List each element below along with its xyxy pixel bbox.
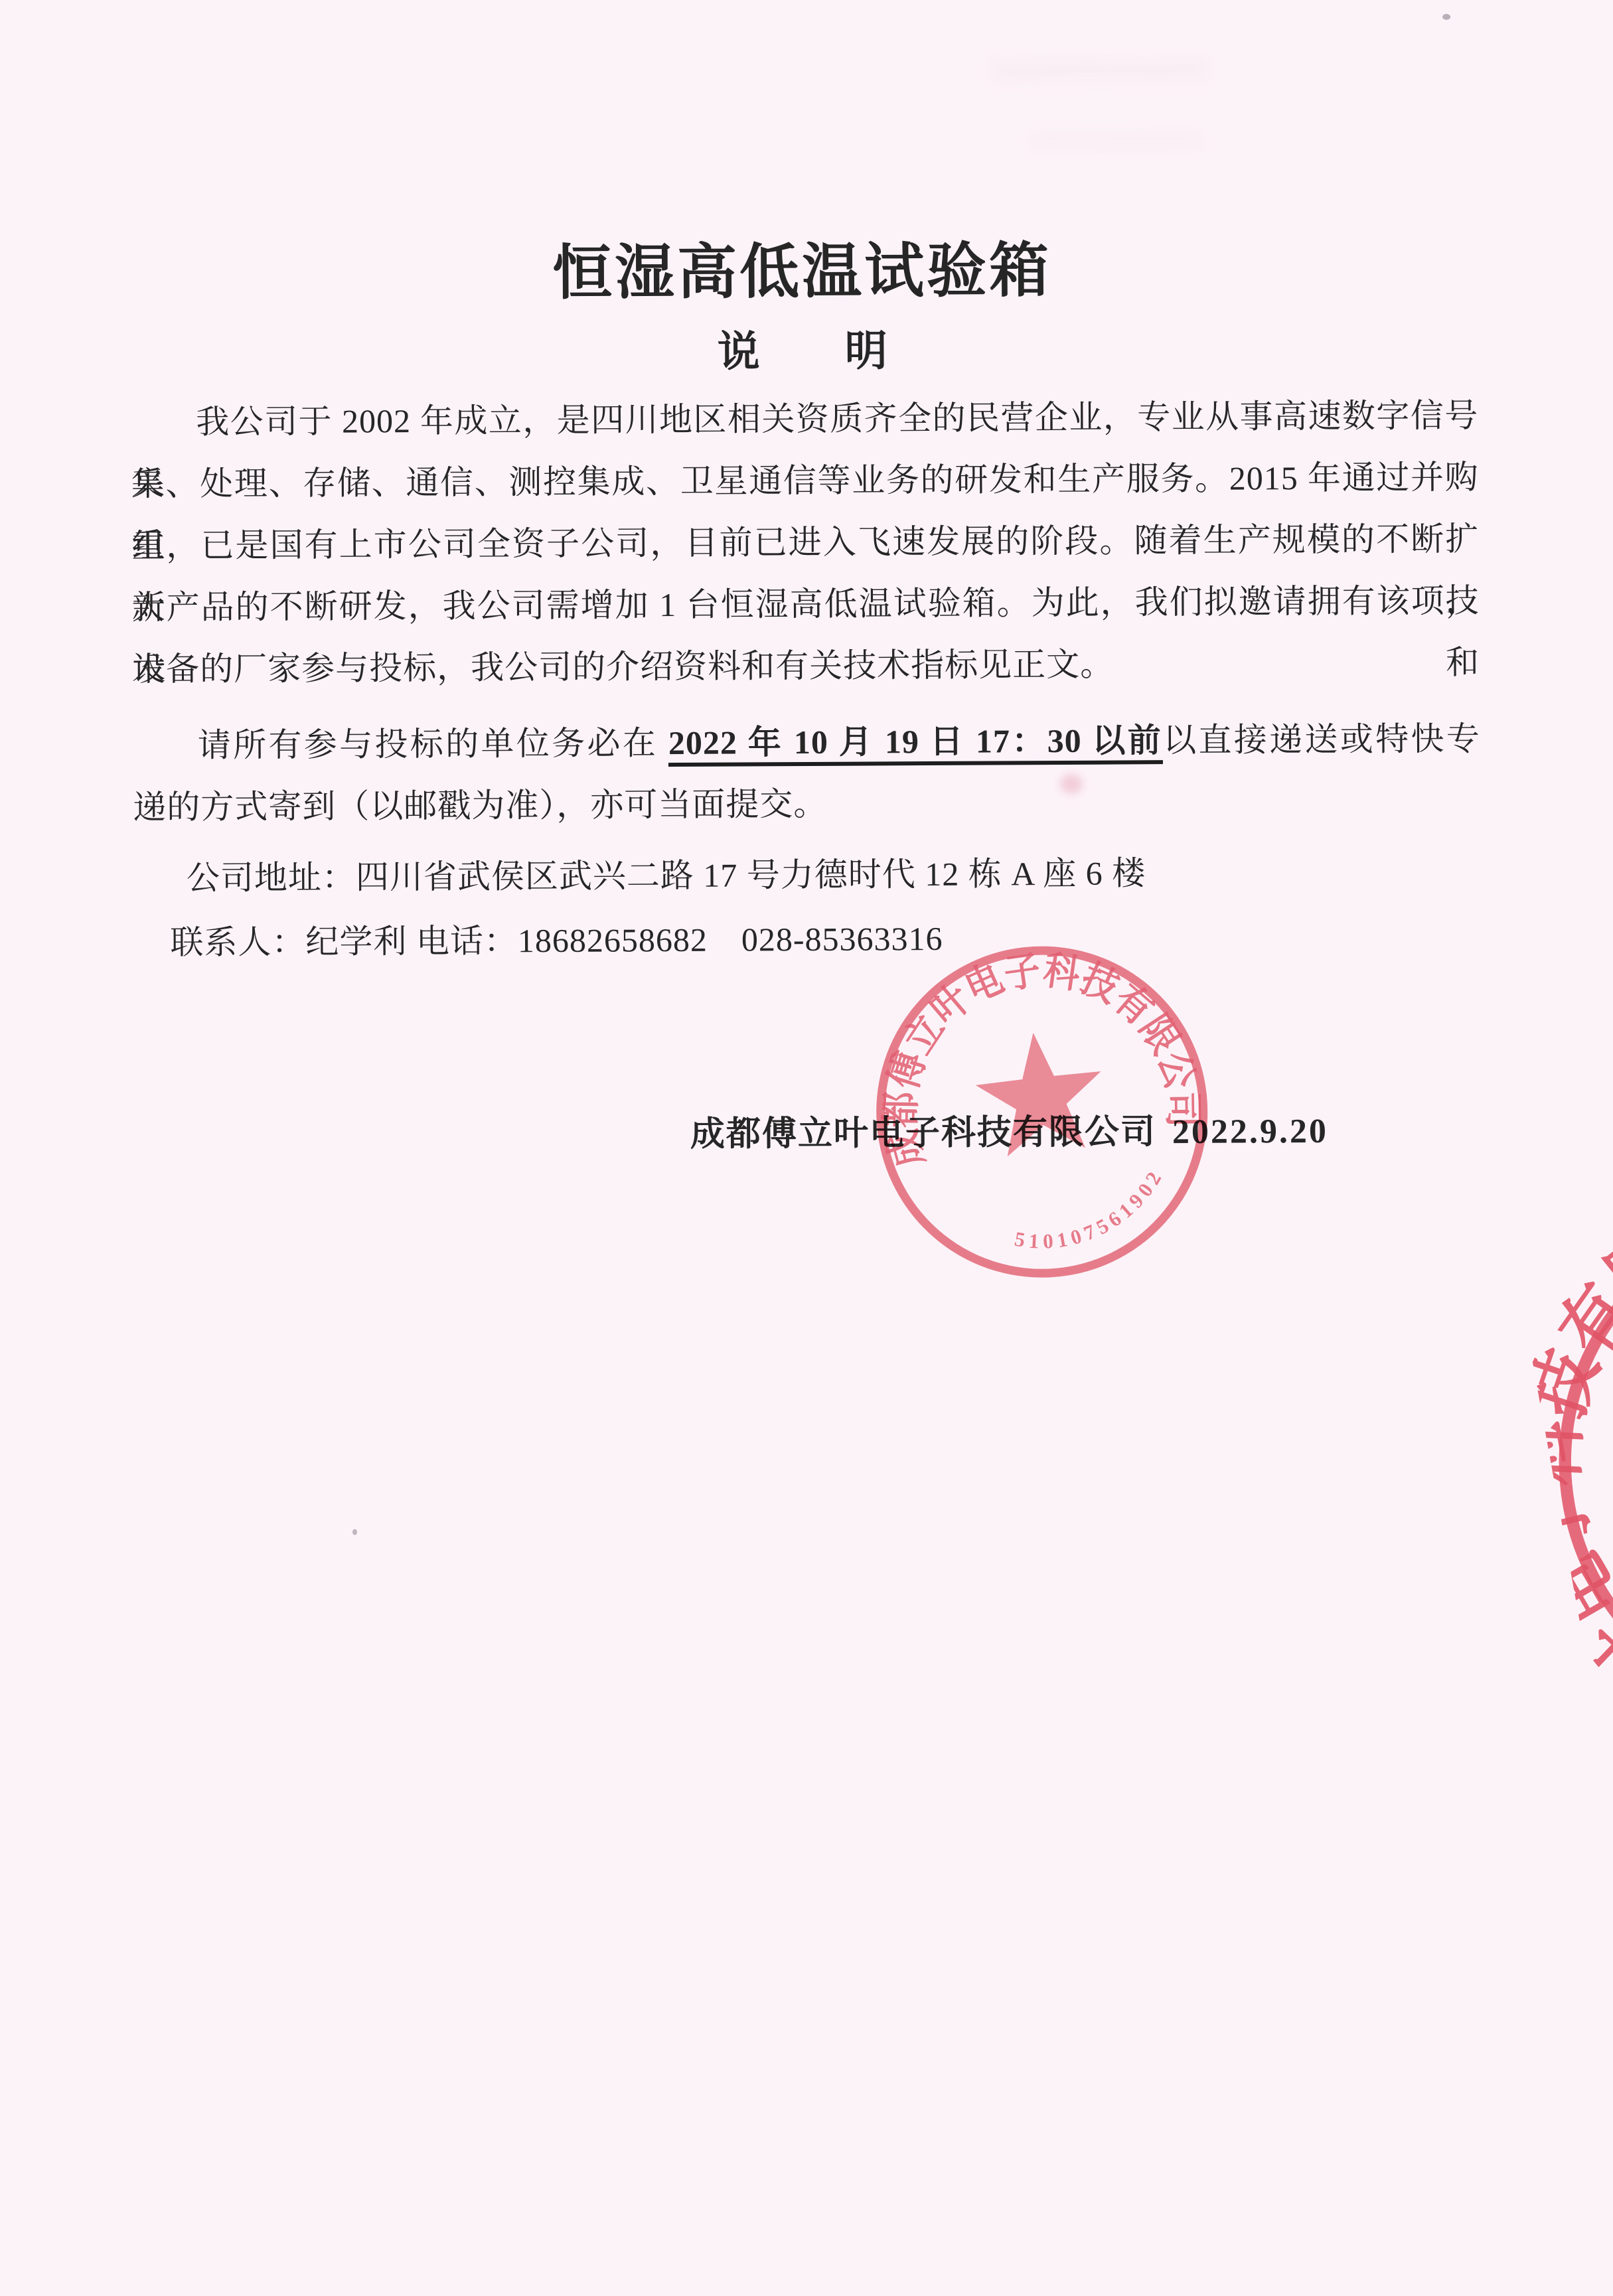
paragraph-line: 我公司于 2002 年成立，是四川地区相关资质齐全的民营企业，专业从事高速数字信… [131, 385, 1478, 454]
deadline-suffix: 以直接递送或特快专 [1163, 720, 1480, 759]
paragraph-line: 请所有参与投标的单位务必在 2022 年 10 月 19 日 17：30 以前以… [133, 708, 1480, 777]
svg-text:成都傅立叶电子科技有限公司: 成都傅立叶电子科技有限公司 [1513, 1161, 1613, 1763]
scan-speck [1442, 14, 1450, 20]
partial-company-seal: 成都傅立叶电子科技有限公司 [1513, 1161, 1613, 1763]
scan-speck [352, 1529, 357, 1535]
bleedthrough-artifact [1030, 131, 1203, 151]
document-title: 恒湿高低温试验箱 [0, 219, 1608, 314]
seal-number-arc-text: 510107561902 [1005, 1162, 1175, 1257]
paragraph-deadline: 请所有参与投标的单位务必在 2022 年 10 月 19 日 17：30 以前以… [133, 708, 1481, 839]
paragraph-line: 组，已是国有上市公司全资子公司，目前已进入飞速发展的阶段。随着生产规模的不断扩大… [131, 508, 1479, 577]
paragraph-line: 集、处理、存储、通信、测控集成、卫星通信等业务的研发和生产服务。2015 年通过… [131, 447, 1479, 516]
contact-line: 联系人：纪学利 电话：18682658682 028-85363316 [133, 905, 1517, 974]
deadline-prefix: 请所有参与投标的单位务必在 [198, 724, 668, 764]
paragraph-company-intro: 我公司于 2002 年成立，是四川地区相关资质齐全的民营企业，专业从事高速数字信… [131, 385, 1480, 701]
document-page: 恒湿高低温试验箱 说 明 我公司于 2002 年成立，是四川地区相关资质齐全的民… [0, 0, 1613, 2296]
document-subtitle: 说 明 [0, 313, 1609, 383]
svg-text:510107561902: 510107561902 [1005, 1162, 1175, 1257]
company-seal: 成都傅立叶电子科技有限公司 510107561902 [855, 925, 1229, 1299]
company-address-line: 公司地址：四川省武侯区武兴二路 17 号力德时代 12 栋 A 座 6 楼 [133, 840, 1534, 909]
paragraph-line: 递的方式寄到（以邮戳为准），亦可当面提交。 [133, 770, 1480, 839]
deadline-date: 2022 年 10 月 19 日 17：30 以前 [668, 722, 1163, 767]
scan-smudge [1060, 774, 1083, 794]
document-content: 恒湿高低温试验箱 说 明 我公司于 2002 年成立，是四川地区相关资质齐全的民… [0, 0, 1613, 2296]
partial-seal-company-arc-text: 成都傅立叶电子科技有限公司 [1513, 1161, 1613, 1763]
seal-star-icon [970, 1026, 1109, 1159]
paragraph-line: 新产品的不断研发，我公司需增加 1 台恒湿高低温试验箱。为此，我们拟邀请拥有该项… [131, 570, 1479, 639]
bleedthrough-artifact [990, 58, 1209, 83]
